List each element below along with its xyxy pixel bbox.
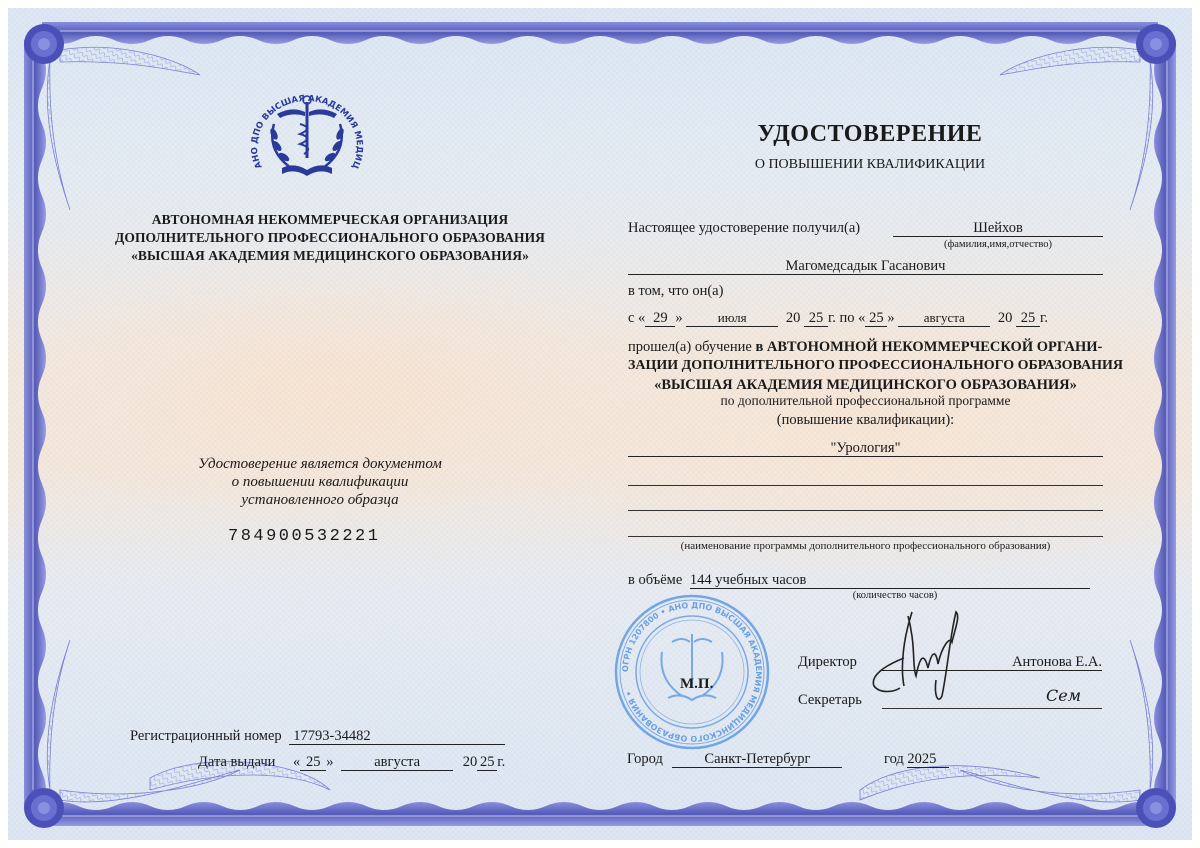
serial-number: 784900532221 xyxy=(228,527,380,546)
program-line1: по дополнительной профессиональной прогр… xyxy=(628,393,1103,409)
issue-year: 25 xyxy=(477,754,497,771)
program-blank-line xyxy=(628,536,1103,537)
issue-month: августа xyxy=(341,754,453,771)
to-year: 25 xyxy=(1016,310,1040,327)
hours-label: в объёме xyxy=(628,572,682,588)
recipient-hint: (фамилия,имя,отчество) xyxy=(893,239,1103,250)
official-seal: ОГРН 1207800 • АНО ДПО ВЫСШАЯ АКАДЕМИЯ М… xyxy=(612,592,772,752)
hours-value: 144 учебных часов xyxy=(690,572,1090,589)
that-label: в том, что он(а) xyxy=(628,283,723,300)
director-signature xyxy=(864,606,994,706)
training-org-line2: ЗАЦИИ ДОПОЛНИТЕЛЬНОГО ПРОФЕССИОНАЛЬНОГО … xyxy=(628,358,1123,374)
city-label: Город xyxy=(627,751,663,767)
from-month: июля xyxy=(686,310,778,327)
to-month: августа xyxy=(898,310,990,327)
year-row: год 2025 xyxy=(884,751,949,768)
hours-row: в объёме 144 учебных часов xyxy=(628,572,1090,589)
year-label: год xyxy=(884,751,904,767)
seal-label: М.П. xyxy=(680,676,713,693)
recipient-label: Настоящее удостоверение получил(а) xyxy=(628,220,860,237)
city-value: Санкт-Петербург xyxy=(672,751,842,768)
recipient-surname: Шейхов xyxy=(893,220,1103,237)
to-day: 25 xyxy=(865,310,887,327)
organization-line: «ВЫСШАЯ АКАДЕМИЯ МЕДИЦИНСКОГО ОБРАЗОВАНИ… xyxy=(100,247,560,265)
training-period: с «29» июля 20 25г. по «25» августа 20 2… xyxy=(628,310,1048,327)
secretary-line xyxy=(882,708,1102,709)
program-hint: (наименование программы дополнительного … xyxy=(628,540,1103,552)
svg-text:АНО ДПО ВЫСШАЯ АКАДЕМИЯ МЕДИЦИ: АНО ДПО ВЫСШАЯ АКАДЕМИЯ МЕДИЦИНСКОГО ОБР… xyxy=(232,82,364,170)
director-label: Директор xyxy=(798,654,857,671)
secretary-signature: Сем xyxy=(1046,686,1081,705)
certificate-title: УДОСТОВЕРЕНИЕ xyxy=(620,121,1120,148)
issue-day: 25 xyxy=(300,754,326,771)
issue-date-label: Дата выдачи xyxy=(198,754,275,770)
training-org-line1: прошел(а) обучение в АВТОНОМНОЙ НЕКОММЕР… xyxy=(628,339,1102,356)
issue-date-row: Дата выдачи «25» августа 2025г. xyxy=(198,754,505,771)
program-blank-line xyxy=(628,485,1103,486)
training-org-line3: «ВЫСШАЯ АКАДЕМИЯ МЕДИЦИНСКОГО ОБРАЗОВАНИ… xyxy=(628,377,1103,394)
organization-name: АВТОНОМНАЯ НЕКОММЕРЧЕСКАЯ ОРГАНИЗАЦИЯ ДО… xyxy=(100,211,560,265)
from-year: 25 xyxy=(804,310,828,327)
program-name: "Урология" xyxy=(628,440,1103,457)
from-day: 29 xyxy=(645,310,675,327)
certificate-subtitle: О ПОВЫШЕНИИ КВАЛИФИКАЦИИ xyxy=(620,157,1120,173)
hours-hint: (количество часов) xyxy=(820,590,970,601)
registration-number: 17793-34482 xyxy=(289,728,505,745)
year-value: 2025 xyxy=(907,751,949,768)
city-row: Город Санкт-Петербург xyxy=(627,751,842,768)
organization-line: АВТОНОМНАЯ НЕКОММЕРЧЕСКАЯ ОРГАНИЗАЦИЯ xyxy=(100,211,560,229)
document-status-note: Удостоверение является документом о повы… xyxy=(150,455,490,509)
program-line2: (повышение квалификации): xyxy=(628,412,1103,429)
registration-number-row: Регистрационный номер 17793-34482 xyxy=(130,728,505,745)
organization-line: ДОПОЛНИТЕЛЬНОГО ПРОФЕССИОНАЛЬНОГО ОБРАЗО… xyxy=(100,229,560,247)
program-blank-line xyxy=(628,510,1103,511)
secretary-label: Секретарь xyxy=(798,692,862,709)
recipient-name: Магомедсадык Гасанович xyxy=(628,258,1103,275)
academy-logo: АНО ДПО ВЫСШАЯ АКАДЕМИЯ МЕДИЦИНСКОГО ОБР… xyxy=(232,82,382,192)
registration-label: Регистрационный номер xyxy=(130,728,282,744)
